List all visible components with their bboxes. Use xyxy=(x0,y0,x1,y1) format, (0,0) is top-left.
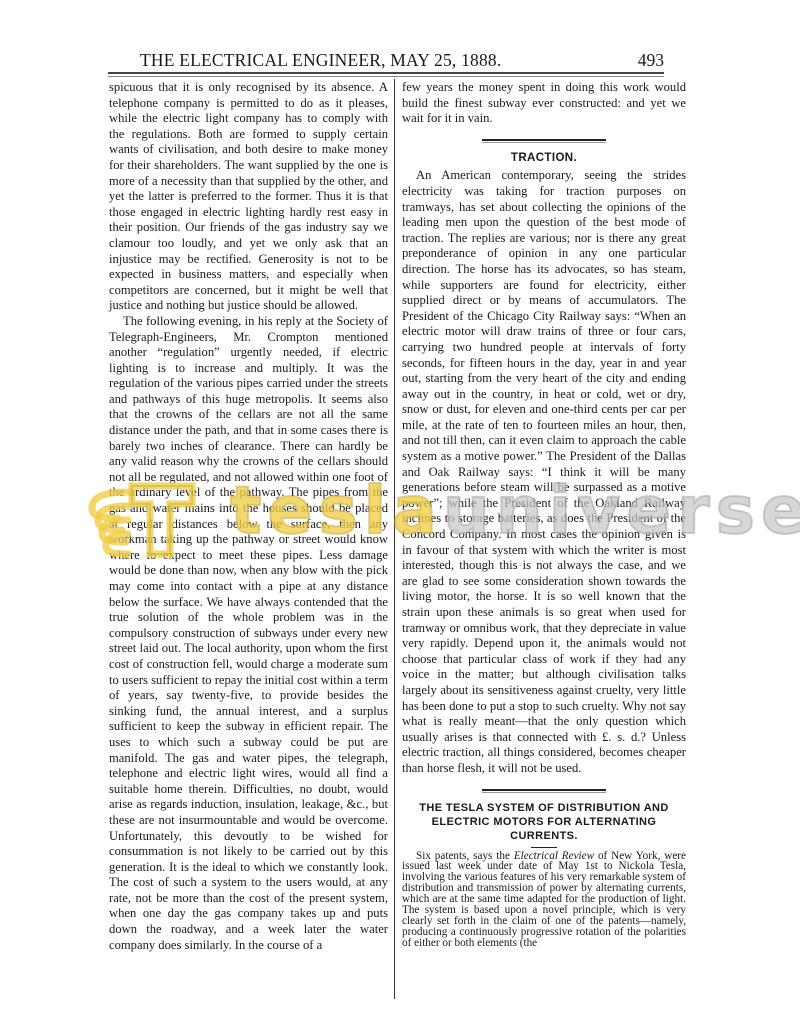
section-rule xyxy=(482,789,606,793)
paragraph-crompton: The following evening, in his reply at t… xyxy=(109,314,388,953)
newspaper-page: THE ELECTRICAL ENGINEER, MAY 25, 1888. 4… xyxy=(0,0,800,1035)
header-rule xyxy=(108,72,664,78)
paragraph-continued-right: few years the money spent in doing this … xyxy=(402,80,686,127)
traction-heading: TRACTION. xyxy=(402,151,686,167)
column-divider xyxy=(394,79,395,999)
tesla-heading: THE TESLA SYSTEM OF DISTRIBUTION AND ELE… xyxy=(402,801,686,843)
left-column: spicuous that it is only recognised by i… xyxy=(109,80,388,953)
small-rule xyxy=(531,847,557,848)
header-rule-thick xyxy=(108,72,664,74)
tesla-article: Six patents, says the Electrical Review … xyxy=(402,851,686,949)
section-rule xyxy=(482,139,606,143)
paragraph-continued: spicuous that it is only recognised by i… xyxy=(109,80,388,314)
header-rule-thin xyxy=(108,76,664,77)
journal-title: THE ELECTRICAL ENGINEER, MAY 25, 1888. xyxy=(140,50,501,71)
traction-article: An American contemporary, seeing the str… xyxy=(402,168,686,776)
right-column: few years the money spent in doing this … xyxy=(402,80,686,949)
running-head: THE ELECTRICAL ENGINEER, MAY 25, 1888. 4… xyxy=(108,50,664,72)
page-number: 493 xyxy=(638,50,664,71)
